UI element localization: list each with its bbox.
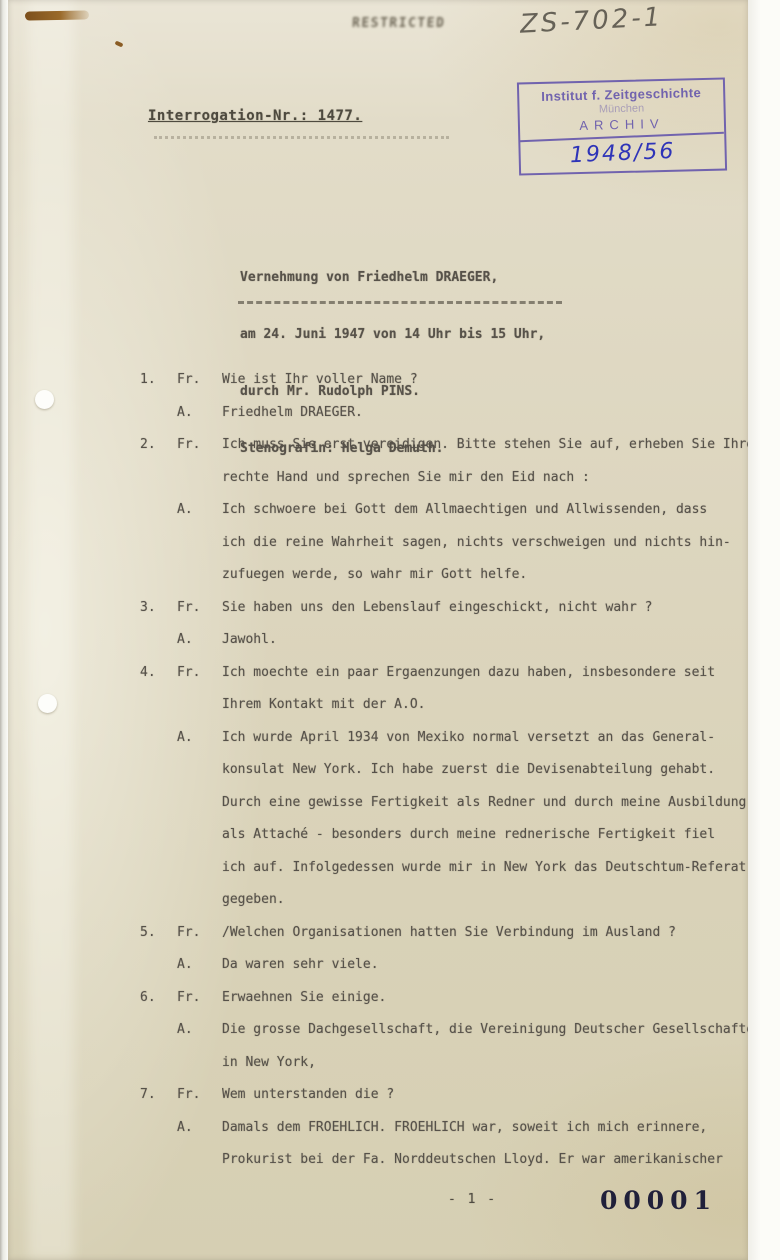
line-text: ich die reine Wahrheit sagen, nichts ver… (222, 535, 748, 550)
line-text: Wem unterstanden die ? (222, 1087, 748, 1102)
archive-stamp-header: Institut f. Zeitgeschichte München ARCHI… (519, 80, 724, 139)
transcript-line: 2. Fr. Ich muss Sie erst vereidigen. Bit… (140, 437, 748, 470)
line-text: Erwaehnen Sie einige. (222, 990, 748, 1005)
line-text: Durch eine gewisse Fertigkeit als Redner… (222, 795, 748, 810)
speaker-tag: Fr. (177, 990, 222, 1005)
transcript-line: rechte Hand und sprechen Sie mir den Eid… (140, 470, 748, 503)
transcript-line: 4. Fr. Ich moechte ein paar Ergaenzungen… (140, 665, 748, 698)
line-text-content: Wie ist Ihr voller Name ? (222, 372, 418, 387)
question-number: 1. (140, 372, 177, 387)
transcript-line: in New York, (140, 1055, 748, 1088)
scanner-background (748, 0, 780, 1260)
transcript-line: ich die reine Wahrheit sagen, nichts ver… (140, 535, 748, 568)
header-dashed-underline (238, 301, 562, 304)
line-text: ich auf. Infolgedessen wurde mir in New … (222, 860, 748, 875)
line-text-content: zufuegen werde, so wahr mir Gott helfe. (222, 567, 527, 582)
transcript-line: 3. Fr. Sie haben uns den Lebenslauf eing… (140, 600, 748, 633)
archive-accession-number: 1948/56 (520, 132, 725, 176)
line-text-content: Prokurist bei der Fa. Norddeutschen Lloy… (222, 1152, 723, 1167)
archive-stamp-archiv: ARCHIV (524, 115, 720, 135)
transcript-line: A. Damals dem FROEHLICH. FROEHLICH war, … (140, 1120, 748, 1153)
punch-hole-bottom (38, 694, 57, 713)
header-line-subject: Vernehmung von Friedhelm DRAEGER, (240, 268, 545, 287)
speaker-tag: A. (177, 632, 222, 647)
line-text: Prokurist bei der Fa. Norddeutschen Lloy… (222, 1152, 748, 1167)
line-text-content: Ich muss Sie erst vereidigen. Bitte steh… (222, 437, 748, 452)
speaker-tag: Fr. (177, 665, 222, 680)
speaker-tag: Fr. (177, 925, 222, 940)
speaker-tag: Fr. (177, 372, 222, 387)
line-text-content: konsulat New York. Ich habe zuerst die D… (222, 762, 715, 777)
transcript-line: 7. Fr. Wem unterstanden die ? (140, 1087, 748, 1120)
line-text-content: Ich wurde April 1934 von Mexiko normal v… (222, 730, 715, 745)
line-text-content: Damals dem FROEHLICH. FROEHLICH war, sow… (222, 1120, 707, 1135)
line-text: gegeben. (222, 892, 748, 907)
paper-fold-highlight (28, 0, 74, 1260)
question-number: 2. (140, 437, 177, 452)
question-number: 6. (140, 990, 177, 1005)
line-text: Mit/Welchen Organisationen hatten Sie Ve… (222, 925, 748, 940)
line-text-content: Friedhelm DRAEGER. (222, 405, 363, 420)
speaker-tag: A. (177, 405, 222, 420)
punch-hole-top (35, 390, 54, 409)
line-text-content: Ich schwoere bei Gott dem Allmaechtigen … (222, 502, 707, 517)
line-text-content: Ich moechte ein paar Ergaenzungen dazu h… (222, 665, 715, 680)
speaker-tag: A. (177, 957, 222, 972)
line-text: Sie haben uns den Lebenslauf eingeschick… (222, 600, 748, 615)
line-text-content: Jawohl. (222, 632, 277, 647)
archive-stamp: Institut f. Zeitgeschichte München ARCHI… (517, 77, 727, 175)
transcript-line: Ihrem Kontakt mit der A.O. (140, 697, 748, 730)
transcript-line: 6. Fr. Erwaehnen Sie einige. (140, 990, 748, 1023)
speaker-tag: Fr. (177, 437, 222, 452)
line-text-content: Durch eine gewisse Fertigkeit als Redner… (222, 795, 746, 810)
line-text: zufuegen werde, so wahr mir Gott helfe. (222, 567, 748, 582)
transcript-line: zufuegen werde, so wahr mir Gott helfe. (140, 567, 748, 600)
transcript-line: als Attaché - besonders durch meine redn… (140, 827, 748, 860)
line-text: Friedhelm DRAEGER. (222, 405, 748, 420)
carbon-ghost-underline (154, 136, 449, 139)
internment-number-heading: Interrogation-Nr.: 1477. (148, 108, 362, 124)
handwritten-document-ref: ZS-702-1 (519, 2, 664, 39)
line-text: rechte Hand und sprechen Sie mir den Eid… (222, 470, 748, 485)
line-text: Ich moechte ein paar Ergaenzungen dazu h… (222, 665, 748, 680)
page-number: - 1 - (448, 1192, 497, 1207)
line-text: als Attaché - besonders durch meine redn… (222, 827, 748, 842)
line-text-content: als Attaché - besonders durch meine redn… (222, 827, 715, 842)
line-text: Da waren sehr viele. (222, 957, 748, 972)
transcript-line: Durch eine gewisse Fertigkeit als Redner… (140, 795, 748, 828)
line-text: Ich muss Sie erst vereidigen. Bitte steh… (222, 437, 748, 452)
speaker-tag: A. (177, 1022, 222, 1037)
line-text-content: Erwaehnen Sie einige. (222, 990, 386, 1005)
line-text: konsulat New York. Ich habe zuerst die D… (222, 762, 748, 777)
line-text-content: Sie haben uns den Lebenslauf eingeschick… (222, 600, 652, 615)
transcript-line: A. Ich wurde April 1934 von Mexiko norma… (140, 730, 748, 763)
speaker-tag: A. (177, 1120, 222, 1135)
transcript-line: ich auf. Infolgedessen wurde mir in New … (140, 860, 748, 893)
line-text-content: Wem unterstanden die ? (222, 1087, 394, 1102)
transcript-line: A. Die grosse Dachgesellschaft, die Vere… (140, 1022, 748, 1055)
question-number: 5. (140, 925, 177, 940)
speaker-tag: Fr. (177, 1087, 222, 1102)
line-text: Ihrem Kontakt mit der A.O. (222, 697, 748, 712)
transcript-line: A. Jawohl. (140, 632, 748, 665)
line-text: Ich schwoere bei Gott dem Allmaechtigen … (222, 502, 748, 517)
rust-tear-mark (25, 10, 89, 20)
line-text: Jawohl. (222, 632, 748, 647)
document-page: RESTRICTED ZS-702-1 Interrogation-Nr.: 1… (8, 0, 748, 1260)
serial-number-stamp: 00001 (600, 1186, 717, 1215)
transcript-line: gegeben. (140, 892, 748, 925)
line-text-content: gegeben. (222, 892, 285, 907)
transcript-line: A. Ich schwoere bei Gott dem Allmaechtig… (140, 502, 748, 535)
transcript-line: 5. Fr. Mit/Welchen Organisationen hatten… (140, 925, 748, 958)
line-text-content: ich auf. Infolgedessen wurde mir in New … (222, 860, 746, 875)
classification-stamp: RESTRICTED (352, 16, 473, 31)
qa-transcript: 1. Fr. Wie ist Ihr voller Name ? A. Frie… (140, 372, 748, 1185)
transcript-line: A. Friedhelm DRAEGER. (140, 405, 748, 438)
line-text: Die grosse Dachgesellschaft, die Vereini… (222, 1022, 748, 1037)
line-text: Wie ist Ihr voller Name ? (222, 372, 748, 387)
speaker-tag: A. (177, 730, 222, 745)
question-number: 3. (140, 600, 177, 615)
question-number: 4. (140, 665, 177, 680)
question-number: 7. (140, 1087, 177, 1102)
line-text-content: rechte Hand und sprechen Sie mir den Eid… (222, 470, 590, 485)
line-text: in New York, (222, 1055, 748, 1070)
speaker-tag: A. (177, 502, 222, 517)
line-text: Damals dem FROEHLICH. FROEHLICH war, sow… (222, 1120, 748, 1135)
rust-speck (115, 40, 124, 47)
line-text: Ich wurde April 1934 von Mexiko normal v… (222, 730, 748, 745)
header-line-datetime: am 24. Juni 1947 von 14 Uhr bis 15 Uhr, (240, 325, 545, 344)
line-text-content: ich die reine Wahrheit sagen, nichts ver… (222, 535, 731, 550)
transcript-line: 1. Fr. Wie ist Ihr voller Name ? (140, 372, 748, 405)
speaker-tag: Fr. (177, 600, 222, 615)
line-text-content: in New York, (222, 1055, 316, 1070)
line-text-content: /Welchen Organisationen hatten Sie Verbi… (222, 925, 676, 940)
line-text-content: Ihrem Kontakt mit der A.O. (222, 697, 426, 712)
line-text-content: Die grosse Dachgesellschaft, die Vereini… (222, 1022, 748, 1037)
transcript-line: Prokurist bei der Fa. Norddeutschen Lloy… (140, 1152, 748, 1185)
transcript-line: konsulat New York. Ich habe zuerst die D… (140, 762, 748, 795)
transcript-line: A. Da waren sehr viele. (140, 957, 748, 990)
line-text-content: Da waren sehr viele. (222, 957, 379, 972)
